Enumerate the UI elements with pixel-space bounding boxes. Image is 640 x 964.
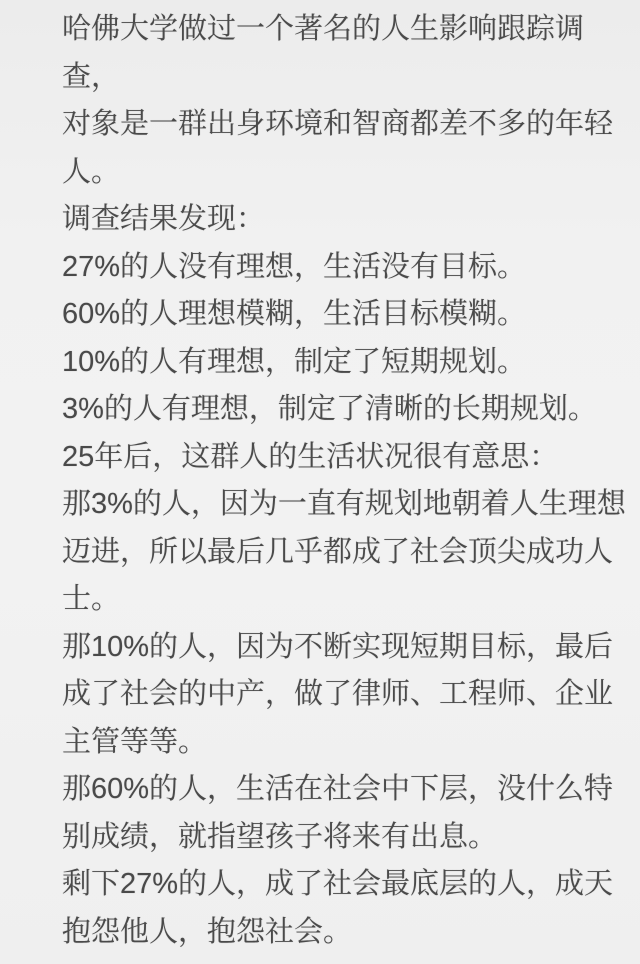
- text-line: 别成绩，就指望孩子将来有出息。: [62, 814, 622, 862]
- text-line: 哈佛大学做过一个著名的人生影响跟踪调: [62, 6, 622, 54]
- text-line: 3%的人有理想，制定了清晰的长期规划。: [62, 386, 622, 434]
- text-line: 那60%的人，生活在社会中下层，没什么特: [62, 766, 622, 814]
- text-line: 士。: [62, 576, 622, 624]
- text-line: 调查结果发现：: [62, 196, 622, 244]
- text-line: 迈进，所以最后几乎都成了社会顶尖成功人: [62, 529, 622, 577]
- text-line: 那3%的人，因为一直有规划地朝着人生理想: [62, 481, 622, 529]
- text-line: 27%的人没有理想，生活没有目标。: [62, 244, 622, 292]
- text-block: 哈佛大学做过一个著名的人生影响跟踪调查，对象是一群出身环境和智商都差不多的年轻人…: [0, 0, 640, 956]
- text-line: 对象是一群出身环境和智商都差不多的年轻: [62, 101, 622, 149]
- text-line: 剩下27%的人，成了社会最底层的人，成天: [62, 861, 622, 909]
- text-line: 成了社会的中产，做了律师、工程师、企业: [62, 671, 622, 719]
- text-line: 查，: [62, 54, 622, 102]
- text-screenshot-page: 哈佛大学做过一个著名的人生影响跟踪调查，对象是一群出身环境和智商都差不多的年轻人…: [0, 0, 640, 964]
- text-line: 人。: [62, 149, 622, 197]
- text-line: 主管等等。: [62, 719, 622, 767]
- text-line: 10%的人有理想，制定了短期规划。: [62, 339, 622, 387]
- text-line: 60%的人理想模糊，生活目标模糊。: [62, 291, 622, 339]
- text-line: 抱怨他人，抱怨社会。: [62, 909, 622, 957]
- text-line: 那10%的人，因为不断实现短期目标，最后: [62, 624, 622, 672]
- text-line: 25年后，这群人的生活状况很有意思：: [62, 434, 622, 482]
